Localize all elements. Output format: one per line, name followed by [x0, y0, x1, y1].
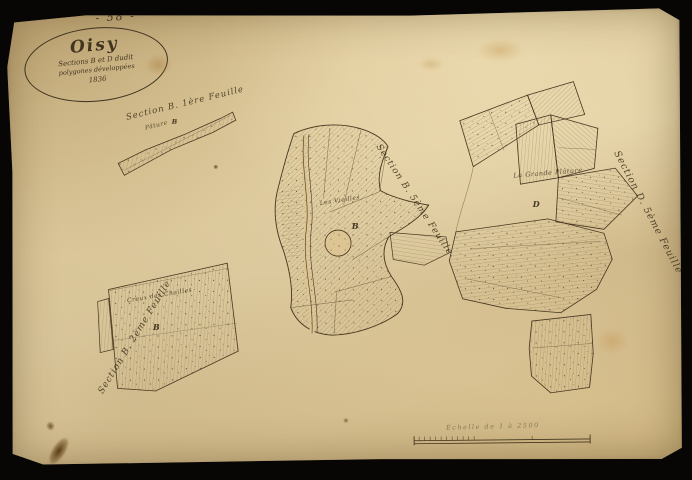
cluster-central-blob	[274, 124, 450, 336]
scanned-cadastral-map: { "page_number": "- 58 -", "cartouche": …	[0, 0, 692, 480]
parcel-letter-right: D	[533, 199, 540, 209]
parcel-letter-center: B	[352, 221, 359, 231]
map-content: - 58 - Oisy Sections B et D dudit polygo…	[0, 0, 692, 480]
map-paper-sheet: - 58 - Oisy Sections B et D dudit polygo…	[5, 5, 686, 468]
scale-bar	[414, 434, 590, 445]
cluster-right-group	[447, 81, 639, 394]
parcel-letter-bottom-left: B	[153, 322, 160, 332]
parcel-letter-top-left: B	[172, 118, 178, 126]
